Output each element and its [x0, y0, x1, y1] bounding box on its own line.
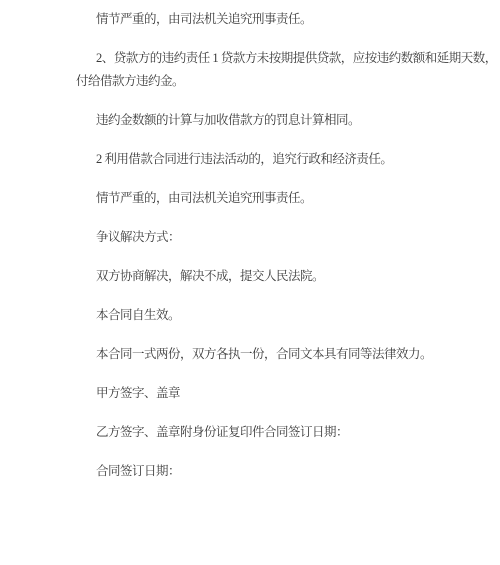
- document-line: 甲方签字、盖章: [76, 385, 472, 402]
- document-line: 争议解决方式：: [76, 229, 472, 246]
- document-line: 2 利用借款合同进行违法活动的，追究行政和经济责任。: [76, 151, 472, 168]
- document-line: 合同签订日期：: [76, 463, 472, 480]
- document-line: 2、贷款方的违约责任 1 贷款方未按期提供贷款，应按违约数额和延期天数，: [76, 50, 472, 67]
- document-line: 情节严重的，由司法机关追究刑事责任。: [76, 190, 472, 207]
- document-line: 违约金数额的计算与加收借款方的罚息计算相同。: [76, 112, 472, 129]
- document-line: 本合同自生效。: [76, 307, 472, 324]
- document-line: 乙方签字、盖章附身份证复印件合同签订日期：: [76, 424, 472, 441]
- document-line: 付给借款方违约金。: [76, 73, 472, 90]
- contract-document-page: 情节严重的，由司法机关追究刑事责任。 2、贷款方的违约责任 1 贷款方未按期提供…: [0, 0, 500, 565]
- document-line: 双方协商解决，解决不成，提交人民法院。: [76, 268, 472, 285]
- document-line: 本合同一式两份，双方各执一份，合同文本具有同等法律效力。: [76, 346, 472, 363]
- document-line: 情节严重的，由司法机关追究刑事责任。: [76, 11, 472, 28]
